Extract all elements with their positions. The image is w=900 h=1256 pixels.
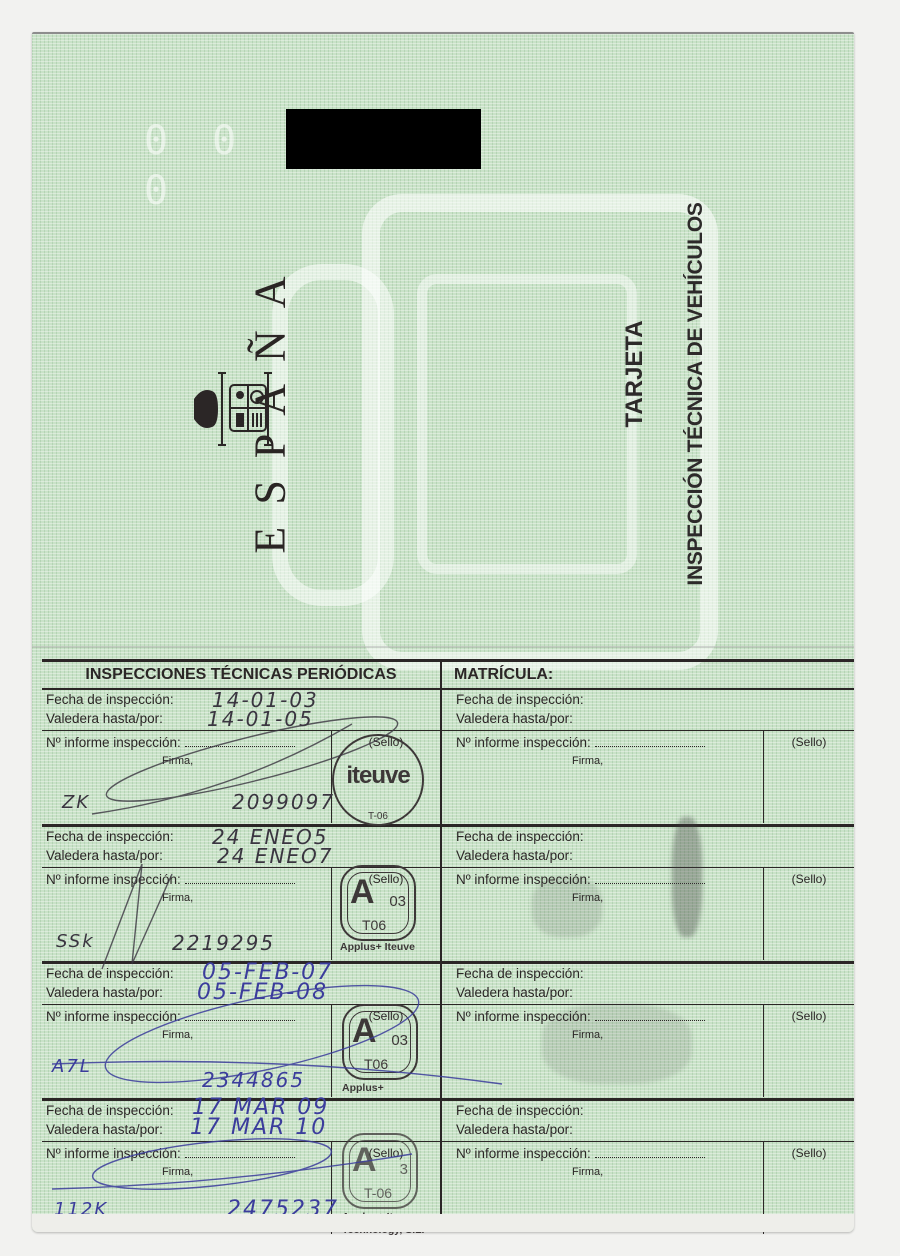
valedera-label: Valedera hasta/por: (446, 983, 854, 1002)
perforated-number: 0 0 0 (144, 116, 274, 166)
handwritten-informe: 2219295 (172, 931, 275, 955)
sello-label: (Sello) (764, 872, 854, 886)
handwritten-valedera: 05-FEB-08 (197, 980, 328, 1005)
left-header: INSPECCIONES TÉCNICAS PERIÓDICAS (42, 662, 440, 690)
iteuve-round-stamp: iteuve T-06 (332, 734, 424, 826)
matricula-column: MATRÍCULA: Fecha de inspección: Valedera… (442, 662, 854, 1220)
country-name: ESPAÑA (245, 254, 296, 554)
informe-label: Nº informe inspección: (46, 1009, 295, 1024)
handwritten-valedera: 14-01-05 (207, 707, 314, 731)
card-type: TARJETA (621, 320, 649, 427)
applus-square-stamp: A 03 T06 (340, 865, 416, 941)
handwritten-valedera: 24 ENEO7 (217, 844, 334, 868)
valedera-label: Valedera hasta/por: (446, 1120, 854, 1139)
fecha-label: Fecha de inspección: (446, 964, 854, 983)
firma-label: Firma, (572, 755, 603, 767)
card-edge (32, 1214, 854, 1232)
informe-label: Nº informe inspección: (456, 1146, 705, 1161)
stamp-cell: (Sello) (763, 868, 854, 960)
inspection-entry: Fecha de inspección: Valedera hasta/por:… (42, 964, 440, 1101)
firma-label: Firma, (162, 1166, 193, 1178)
sello-label: (Sello) (764, 1009, 854, 1023)
firma-label: Firma, (162, 755, 193, 767)
informe-label: Nº informe inspección: (456, 735, 705, 750)
valedera-label: Valedera hasta/por: (446, 709, 854, 728)
handwritten-informe: 2099097 (232, 790, 335, 814)
inspection-entry: Fecha de inspección: Valedera hasta/por:… (442, 690, 854, 827)
stamp-cell: (Sello) (763, 1005, 854, 1097)
watermark-emblem-inner (417, 274, 637, 574)
fecha-label: Fecha de inspección: (446, 690, 854, 709)
valedera-label: Valedera hasta/por: (446, 846, 854, 865)
fold-line (32, 646, 854, 648)
ink-bleed (532, 877, 602, 937)
inspection-entry: Fecha de inspección: Valedera hasta/por:… (42, 690, 440, 827)
right-header: MATRÍCULA: (442, 662, 854, 690)
stamp-company: Applus+ (342, 1082, 384, 1095)
informe-label: Nº informe inspección: (46, 1146, 295, 1161)
stamp-company: Applus+ Iteuve (340, 941, 415, 954)
firma-label: Firma, (572, 1166, 603, 1178)
firma-label: Firma, (162, 1029, 193, 1041)
inspection-form: INSPECCIONES TÉCNICAS PERIÓDICAS Fecha d… (42, 659, 854, 1220)
handwritten-signature: A7L (52, 1056, 92, 1077)
ink-bleed (542, 1004, 692, 1084)
handwritten-signature: SSk (56, 931, 95, 952)
applus-square-stamp: A 03 T06 (342, 1004, 418, 1080)
sello-label: (Sello) (764, 1146, 854, 1160)
redacted-area (286, 109, 481, 169)
inspection-entry: Fecha de inspección: Valedera hasta/por:… (442, 827, 854, 964)
handwritten-informe: 2344865 (202, 1068, 305, 1092)
inspection-entry: Fecha de inspección: Valedera hasta/por:… (42, 827, 440, 964)
card-title: INSPECCIÓN TÉCNICA DE VEHÍCULOS (684, 202, 708, 585)
itv-card: 0 0 0 ESPAÑA TARJETA INSPECCIÓN TÉCNICA … (32, 32, 854, 1232)
inspection-entry: Fecha de inspección: Valedera hasta/por:… (442, 964, 854, 1101)
fecha-label: Fecha de inspección: (446, 1101, 854, 1120)
ink-bleed (672, 817, 702, 937)
handwritten-valedera: 17 MAR 10 (190, 1115, 327, 1140)
sello-label: (Sello) (764, 735, 854, 749)
handwritten-signature: ZK (62, 792, 90, 813)
informe-label: Nº informe inspección: (46, 735, 295, 750)
applus-square-stamp: A 3 T-06 (342, 1133, 418, 1209)
firma-label: Firma, (162, 892, 193, 904)
informe-label: Nº informe inspección: (46, 872, 295, 887)
fecha-label: Fecha de inspección: (446, 827, 854, 846)
stamp-cell: (Sello) (763, 731, 854, 823)
periodic-inspections-column: INSPECCIONES TÉCNICAS PERIÓDICAS Fecha d… (42, 662, 442, 1220)
